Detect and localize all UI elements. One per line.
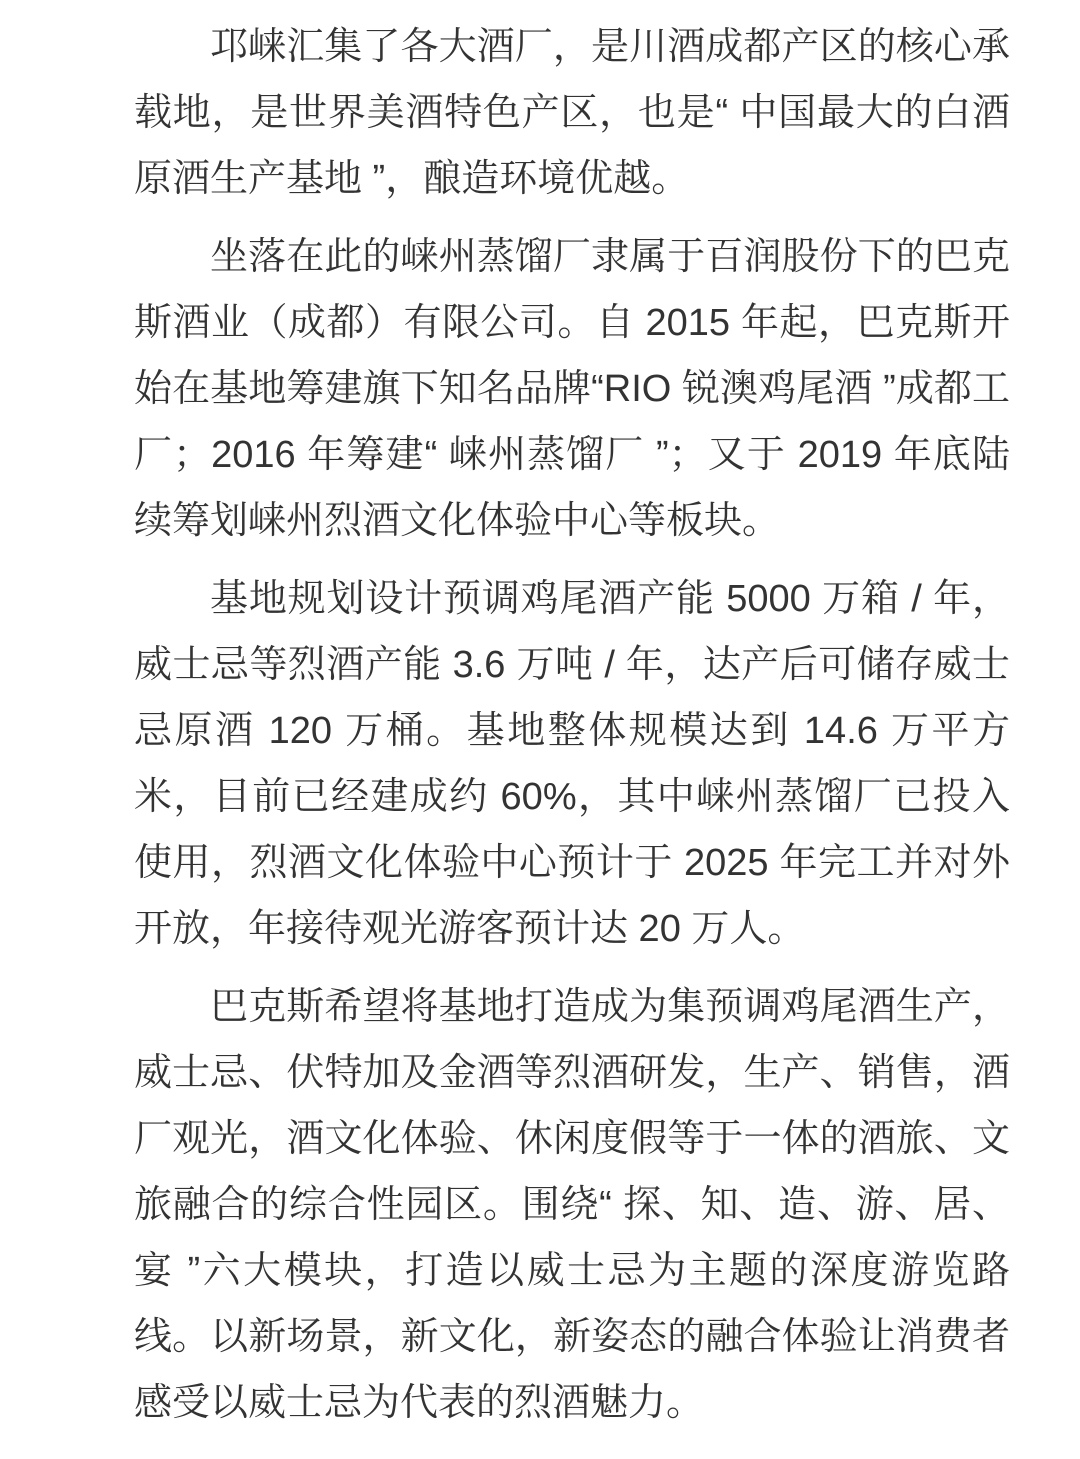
article-paragraph: 邛崃汇集了各大酒厂，是川酒成都产区的核心承载地，是世界美酒特色产区，也是“ 中国… (134, 14, 1010, 212)
article-paragraph: 巴克斯希望将基地打造成为集预调鸡尾酒生产，威士忌、伏特加及金酒等烈酒研发，生产、… (134, 974, 1010, 1436)
article-paragraph: 基地规划设计预调鸡尾酒产能 5000 万箱 / 年，威士忌等烈酒产能 3.6 万… (134, 566, 1010, 962)
article-body: 邛崃汇集了各大酒厂，是川酒成都产区的核心承载地，是世界美酒特色产区，也是“ 中国… (0, 0, 1080, 1436)
article-paragraph: 坐落在此的崃州蒸馏厂隶属于百润股份下的巴克斯酒业（成都）有限公司。自 2015 … (134, 224, 1010, 554)
